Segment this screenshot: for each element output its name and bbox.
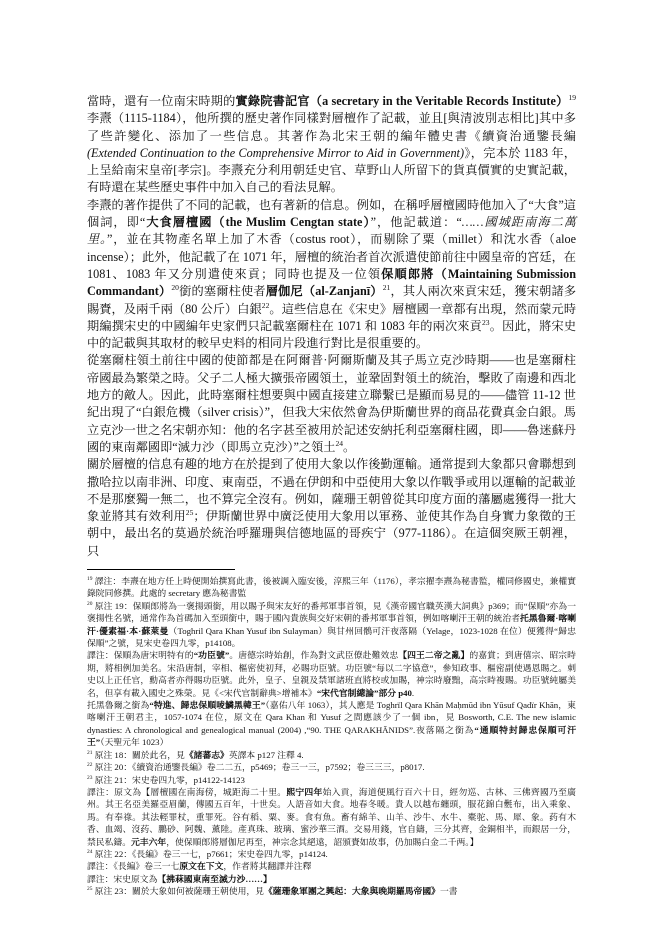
text-segment: 【拂菻國東南至滅力沙……】 bbox=[157, 874, 271, 884]
footnote-marker: 20 bbox=[87, 601, 92, 607]
footnote-23-translator-note: 譯注：原文為【層檀國在南海傍，城距海二十里。熙宁四年始入貢，海道便風行百六十日，… bbox=[87, 786, 576, 848]
text-segment: 譯注：宋史原文為 bbox=[87, 874, 157, 884]
footnote-25: 25 原注 23：關於大象如何被薩珊王朝使用，見《薩珊象軍團之興起：大象與晚期羅… bbox=[87, 885, 576, 897]
text-segment: 原注 19：保順郎將為一褒揚頭銜，用以賜予與宋友好的番邦軍事首領，見《漢帝國官職… bbox=[87, 601, 576, 623]
text-segment: 從塞爾柱領土前往中國的使節都是在阿爾普·阿爾斯蘭及其子馬立克沙時期——也是塞爾柱… bbox=[87, 353, 576, 453]
body-paragraph-4: 關於層檀的信息有趣的地方在於提到了使用大象以作後勤運輸。通常提到大象都只會聯想到… bbox=[87, 456, 576, 560]
text-segment: 銜的塞爾柱使者 bbox=[179, 284, 266, 298]
footnote-ref: 19 bbox=[568, 93, 576, 102]
footnote-marker: 25 bbox=[87, 886, 92, 892]
body-paragraph-1: 當時，還有一位南宋時期的實錄院書記官（a secretary in the Ve… bbox=[87, 93, 576, 197]
footnote-20-toghril-note: 托黑魯爾之銜為“特進、歸忠保順㖫鱗黑韓王”（嘉佑八年 1063），其人應是 To… bbox=[87, 699, 576, 749]
text-segment: 《諸蕃志》 bbox=[185, 750, 229, 760]
text-segment: ，使保順郎將層伽尼再至，神宗念其絕遠，詔頒賚如故事，仍加賜白金二千两。】 bbox=[166, 837, 478, 847]
footnote-ref: 24 bbox=[335, 439, 343, 448]
text-segment: 譯注：李燾在地方任上時便開始撰寫此書，後被調入臨安後，淳熙三年（1176），孝宗… bbox=[87, 576, 576, 598]
footnote-20: 20 原注 19：保順郎將為一褒揚頭銜，用以賜予與宋友好的番邦軍事首領，見《漢帝… bbox=[87, 600, 576, 650]
footnote-marker: 24 bbox=[87, 849, 92, 855]
text-segment: 層伽尼（al-Zanjanī） bbox=[266, 284, 383, 298]
text-segment: “功臣號” bbox=[194, 650, 230, 660]
footnote-22: 22 原注 20：《續資治通鑒長編》卷二二五，p5469；卷三一三，p7592；… bbox=[87, 761, 576, 773]
footnote-marker: 21 bbox=[87, 750, 92, 756]
footnote-23: 23 原注 21：宋史卷四九零，p14122-14123 bbox=[87, 774, 576, 786]
text-segment: 原注 22：《長編》卷三一七，p7661；宋史卷四九零，p14124. bbox=[95, 849, 328, 859]
footnote-24-translator-note-2: 譯注：宋史原文為【拂菻國東南至滅力沙……】 bbox=[87, 873, 576, 885]
text-segment: 大食層檀國（the Muslim Cengtan state） bbox=[145, 215, 370, 229]
footnotes-block: 19 譯注：李燾在地方任上時便開始撰寫此書，後被調入臨安後，淳熙三年（1176）… bbox=[87, 575, 576, 898]
text-segment: 原注 23：關於大象如何被薩珊王朝使用，見 bbox=[95, 886, 264, 896]
text-segment: (Extended Continuation to the Comprehens… bbox=[87, 146, 464, 160]
footnote-21: 21 原注 18：關於此名，見《諸蕃志》英譯本 p127 注釋 4. bbox=[87, 749, 576, 761]
footnote-ref: 20 bbox=[171, 283, 179, 292]
text-segment: 托黑魯爾之銜為 bbox=[87, 700, 149, 710]
text-segment: （天聖元年 1023） bbox=[100, 737, 168, 747]
footnote-separator bbox=[87, 569, 235, 570]
text-segment: 《薩珊象軍團之興起：大象與晚期羅馬帝國》 bbox=[264, 886, 440, 896]
text-segment: 譯注：《長編》卷三一七 bbox=[87, 861, 179, 871]
text-segment: “宋代官制總論”部分 p40 bbox=[317, 688, 412, 698]
text-segment: 一書 bbox=[440, 886, 458, 896]
text-segment: 原注 21：宋史卷四九零，p14122-14123 bbox=[95, 775, 245, 785]
text-segment: 李燾（1115-1184），他所撰的歷史著作同樣對層檀作了記載，並且[與清波別志… bbox=[87, 111, 576, 142]
document-page: 當時，還有一位南宋時期的實錄院書記官（a secretary in the Ve… bbox=[0, 0, 660, 934]
footnote-ref: 23 bbox=[482, 318, 490, 327]
text-segment: 元丰六年 bbox=[131, 837, 166, 847]
footnote-24-translator-note-1: 譯注：《長編》卷三一七原文在下文，作者將其翻譯并注釋 bbox=[87, 860, 576, 872]
text-segment: 英譯本 p127 注釋 4. bbox=[229, 750, 304, 760]
text-segment: 【四王二帝之亂】 bbox=[398, 650, 469, 660]
text-segment: 原注 20：《續資治通鑒長編》卷二二五，p5469；卷三一三，p7592；卷三三… bbox=[95, 762, 425, 772]
footnote-marker: 22 bbox=[87, 762, 92, 768]
text-segment: 。 bbox=[343, 440, 355, 454]
footnote-24: 24 原注 22：《長編》卷三一七，p7661；宋史卷四九零，p14124. bbox=[87, 848, 576, 860]
text-segment: . bbox=[412, 688, 414, 698]
text-segment: 譯注：原文為【層檀國在南海傍，城距海二十里。 bbox=[87, 787, 286, 797]
text-segment: 實錄院書記官（a secretary in the Veritable Reco… bbox=[236, 94, 569, 108]
footnote-20-translator-note: 譯注：保順為唐宋明特有的“功臣號”。唐德宗時始創，作為對文武臣僚赴難效忠【四王二… bbox=[87, 649, 576, 699]
body-paragraph-2: 李燾的著作提供了不同的記載，也有著新的信息。例如，在稱呼層檀國時他加入了“大食”… bbox=[87, 197, 576, 353]
text-segment: 熙宁四年 bbox=[286, 787, 322, 797]
text-segment: 原注 18：關於此名，見 bbox=[95, 750, 185, 760]
text-segment: ，作者將其翻譯并注釋 bbox=[223, 861, 311, 871]
text-segment: 當時，還有一位南宋時期的 bbox=[87, 94, 236, 108]
footnote-marker: 19 bbox=[87, 576, 92, 582]
footnote-19: 19 譯注：李燾在地方任上時便開始撰寫此書，後被調入臨安後，淳熙三年（1176）… bbox=[87, 575, 576, 600]
text-segment: 譯注：保順為唐宋明特有的 bbox=[87, 650, 194, 660]
text-segment: 。唐德宗時始創，作為對文武臣僚赴難效忠 bbox=[229, 650, 398, 660]
text-segment: ”，他記載道：“ bbox=[371, 215, 462, 229]
text-segment: “特進、歸忠保順㖫鱗黑韓王” bbox=[149, 700, 265, 710]
footnote-marker: 23 bbox=[87, 775, 92, 781]
text-segment: 原文在下文 bbox=[179, 861, 223, 871]
body-paragraphs: 當時，還有一位南宋時期的實錄院書記官（a secretary in the Ve… bbox=[87, 93, 576, 560]
body-paragraph-3: 從塞爾柱領土前往中國的使節都是在阿爾普·阿爾斯蘭及其子馬立克沙時期——也是塞爾柱… bbox=[87, 352, 576, 456]
